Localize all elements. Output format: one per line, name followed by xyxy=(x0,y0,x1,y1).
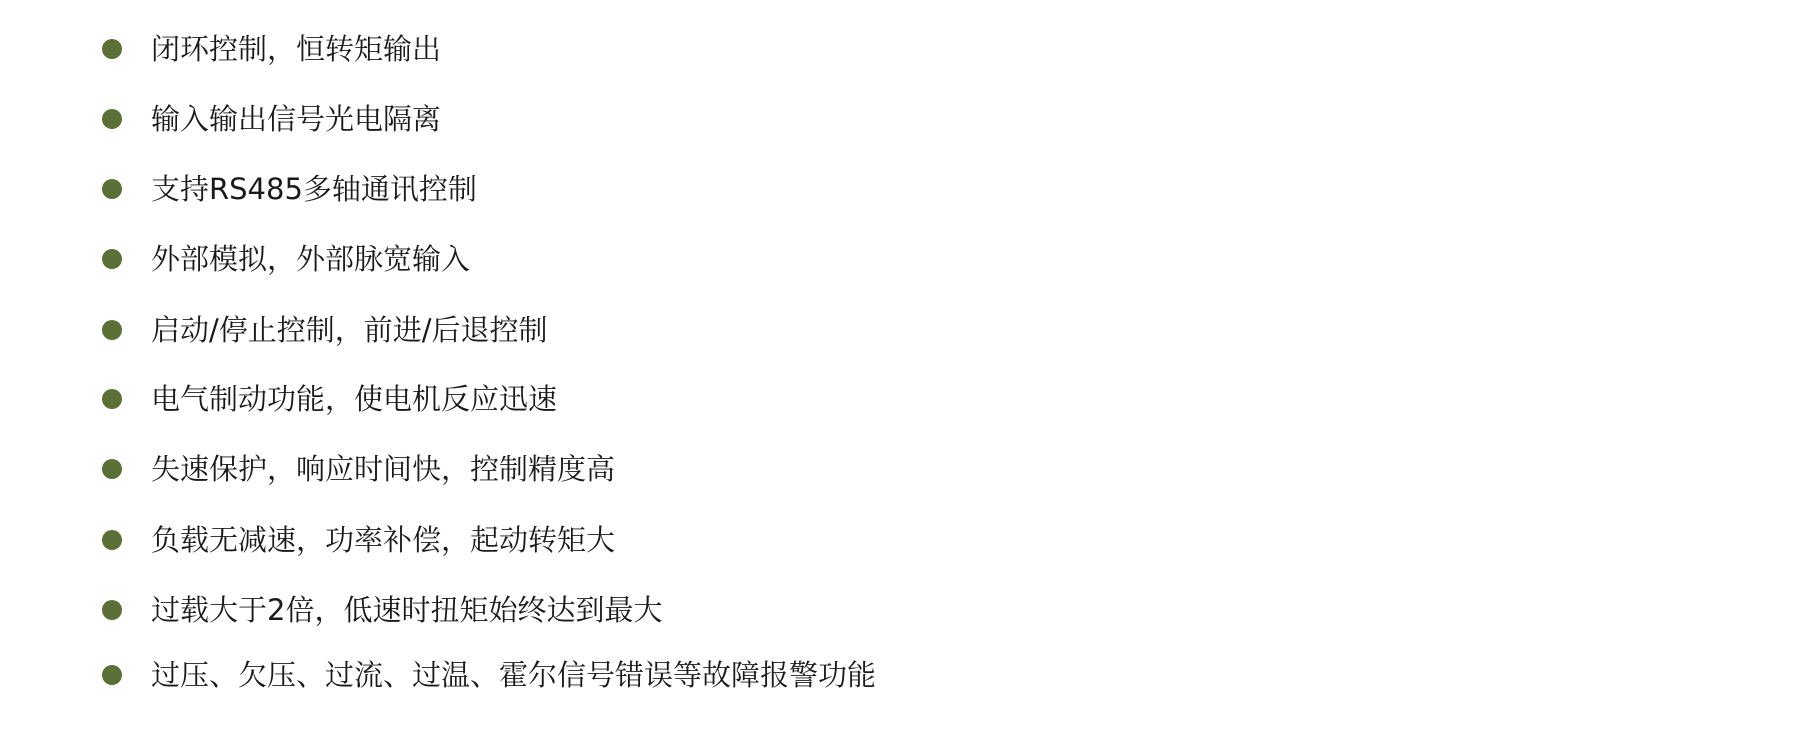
feature-text: 外部模拟，外部脉宽输入 xyxy=(151,239,470,279)
feature-text: 闭环控制，恒转矩输出 xyxy=(151,29,441,69)
feature-text: 启动/停止控制，前进/后退控制 xyxy=(151,310,548,350)
feature-item: 电气制动功能，使电机反应迅速 xyxy=(102,379,557,419)
bullet-dot-icon xyxy=(102,459,122,479)
feature-item: 过载大于2倍，低速时扭矩始终达到最大 xyxy=(102,590,662,630)
feature-text: 支持RS485多轴通讯控制 xyxy=(151,169,477,209)
feature-item: 负载无减速，功率补偿，起动转矩大 xyxy=(102,520,615,560)
feature-item: 启动/停止控制，前进/后退控制 xyxy=(102,310,548,350)
bullet-dot-icon xyxy=(102,389,122,409)
feature-text: 过载大于2倍，低速时扭矩始终达到最大 xyxy=(151,590,662,630)
feature-text: 过压、欠压、过流、过温、霍尔信号错误等故障报警功能 xyxy=(151,655,876,695)
feature-text: 失速保护，响应时间快，控制精度高 xyxy=(151,449,615,489)
bullet-dot-icon xyxy=(102,320,122,340)
feature-text: 负载无减速，功率补偿，起动转矩大 xyxy=(151,520,615,560)
bullet-dot-icon xyxy=(102,39,122,59)
feature-item: 输入输出信号光电隔离 xyxy=(102,99,441,139)
feature-text: 输入输出信号光电隔离 xyxy=(151,99,441,139)
feature-item: 过压、欠压、过流、过温、霍尔信号错误等故障报警功能 xyxy=(102,655,876,695)
feature-item: 失速保护，响应时间快，控制精度高 xyxy=(102,449,615,489)
bullet-dot-icon xyxy=(102,249,122,269)
bullet-dot-icon xyxy=(102,530,122,550)
bullet-dot-icon xyxy=(102,600,122,620)
feature-text: 电气制动功能，使电机反应迅速 xyxy=(151,379,557,419)
feature-item: 支持RS485多轴通讯控制 xyxy=(102,169,477,209)
bullet-dot-icon xyxy=(102,109,122,129)
bullet-dot-icon xyxy=(102,665,122,685)
bullet-dot-icon xyxy=(102,179,122,199)
feature-item: 外部模拟，外部脉宽输入 xyxy=(102,239,470,279)
feature-item: 闭环控制，恒转矩输出 xyxy=(102,29,441,69)
